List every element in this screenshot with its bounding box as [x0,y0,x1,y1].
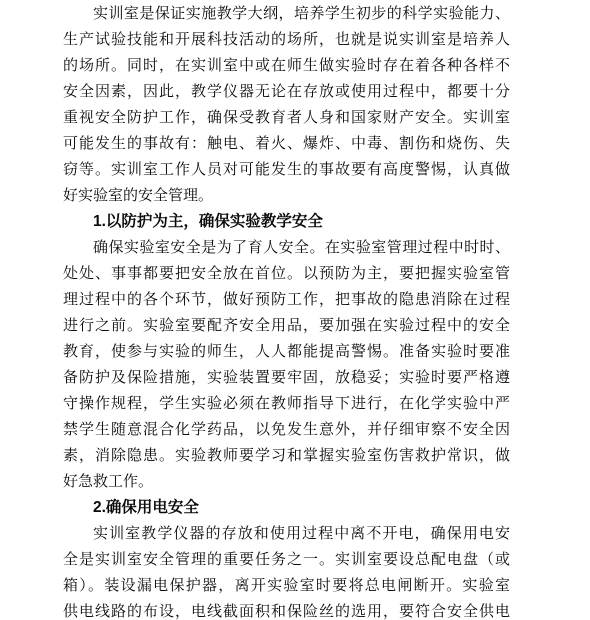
section-heading: 2.确保用电安全 [63,495,510,521]
text-line: 实训室教学仪器的存放和使用过程中离不开电，确保用电安 [63,521,510,547]
text-line: 安全因素，因此，教学仪器无论在存放或使用过程中，都要十分 [63,79,510,105]
text-line: 禁学生随意混合化学药品，以免发生意外，并仔细审察不安全因 [63,417,510,443]
text-line: 备防护及保险措施，实验装置要牢固，放稳妥；实验时要严格遵 [63,365,510,391]
text-line: 确保实验室安全是为了育人安全。在实验室管理过程中时时、 [63,235,510,261]
text-line: 素，消除隐患。实验教师要学习和掌握实验室伤害救护常识，做 [63,443,510,469]
text-line: 全是实训室安全管理的重要任务之一。实训室要设总配电盘（或 [63,547,510,573]
text-line: 好急救工作。 [63,469,510,495]
text-line: 进行之前。实验室要配齐安全用品，要加强在实验过程中的安全 [63,313,510,339]
document-page: 实训室是保证实施教学大纲，培养学生初步的科学实验能力、生产试验技能和开展科技活动… [0,0,590,620]
text-line: 的场所。同时，在实训室中或在师生做实验时存在着各种各样不 [63,53,510,79]
text-line: 处处、事事都要把安全放在首位。以预防为主，要把握实验室管 [63,261,510,287]
text-line: 可能发生的事故有：触电、着火、爆炸、中毒、割伤和烧伤、失 [63,131,510,157]
text-line: 供电线路的布设，电线截面积和保险丝的选用，要符合安全供电 [63,599,510,620]
section-heading: 1.以防护为主，确保实验教学安全 [63,209,510,235]
text-line: 箱）。装设漏电保护器，离开实验室时要将总电闸断开。实验室 [63,573,510,599]
text-line: 守操作规程，学生实验必须在教师指导下进行，在化学实验中严 [63,391,510,417]
text-line: 理过程中的各个环节，做好预防工作，把事故的隐患消除在过程 [63,287,510,313]
text-line: 教育，使参与实验的师生，人人都能提高警惕。准备实验时要准 [63,339,510,365]
text-line: 生产试验技能和开展科技活动的场所，也就是说实训室是培养人 [63,27,510,53]
text-line: 实训室是保证实施教学大纲，培养学生初步的科学实验能力、 [63,1,510,27]
text-line: 好实验室的安全管理。 [63,183,510,209]
document-body: 实训室是保证实施教学大纲，培养学生初步的科学实验能力、生产试验技能和开展科技活动… [63,1,510,620]
text-line: 窃等。实训室工作人员对可能发生的事故要有高度警惕，认真做 [63,157,510,183]
text-line: 重视安全防护工作，确保受教育者人身和国家财产安全。实训室 [63,105,510,131]
